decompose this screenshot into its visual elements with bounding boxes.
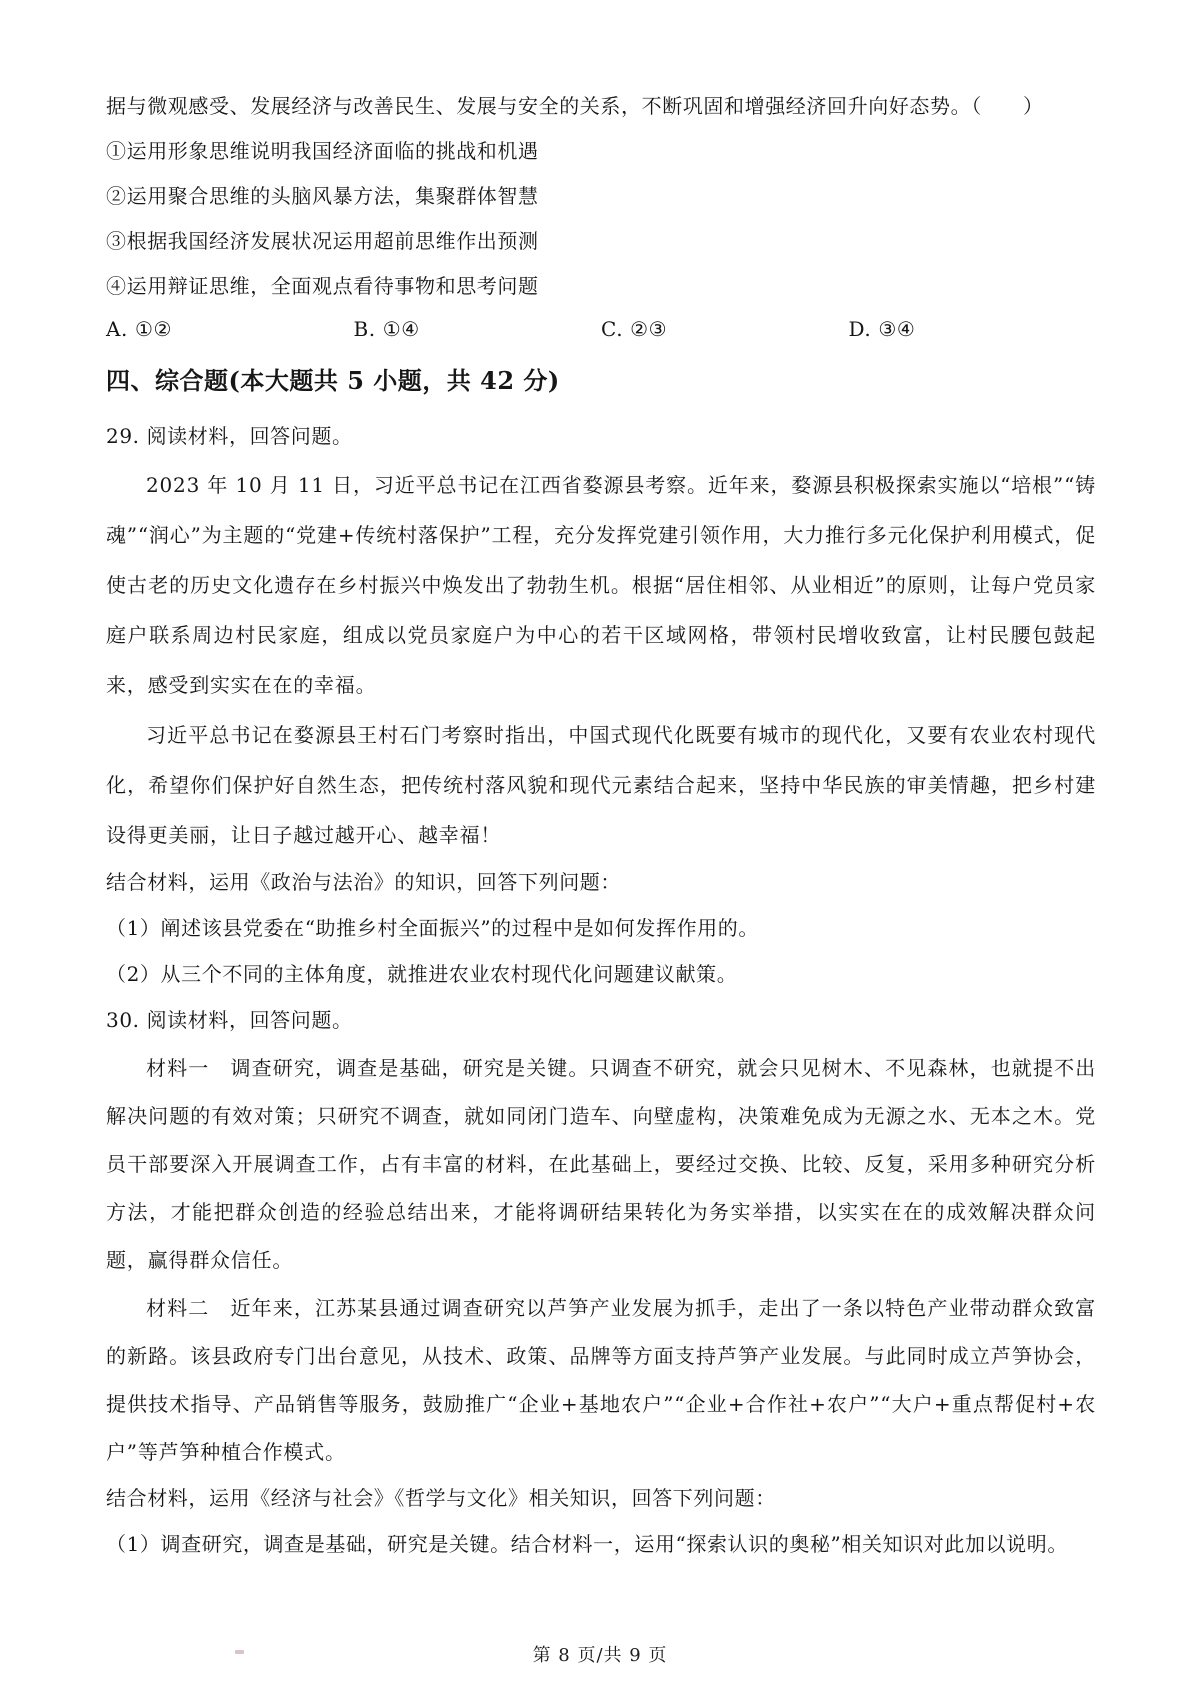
question-29-material-paragraph-1: 2023 年 10 月 11 日，习近平总书记在江西省婺源县考察。近年来，婺源县… xyxy=(106,460,1096,710)
option-a: A. ①② xyxy=(106,315,354,343)
section-heading: 四、综合题(本大题共 5 小题，共 42 分) xyxy=(106,364,1096,398)
option-c: C. ②③ xyxy=(601,315,849,343)
question-30-sub-question-1: （1）调查研究，调查是基础，研究是关键。结合材料一，运用“探索认识的奥秘”相关知… xyxy=(106,1530,1096,1558)
question-30-transition: 结合材料，运用《经济与社会》《哲学与文化》相关知识，回答下列问题： xyxy=(106,1484,1096,1512)
statement-4: ④运用辩证思维，全面观点看待事物和思考问题 xyxy=(106,272,1096,300)
exam-document-page: 据与微观感受、发展经济与改善民生、发展与安全的关系，不断巩固和增强经济回升向好态… xyxy=(0,0,1200,1698)
option-b: B. ①④ xyxy=(354,315,602,343)
question-29-sub-question-2: （2）从三个不同的主体角度，就推进农业农村现代化问题建议献策。 xyxy=(106,960,1096,988)
question-30-lead: 30. 阅读材料，回答问题。 xyxy=(106,1006,1096,1034)
statement-3: ③根据我国经济发展状况运用超前思维作出预测 xyxy=(106,227,1096,255)
statement-1: ①运用形象思维说明我国经济面临的挑战和机遇 xyxy=(106,137,1096,165)
statement-2: ②运用聚合思维的头脑风暴方法，集聚群体智慧 xyxy=(106,182,1096,210)
question-29-lead: 29. 阅读材料，回答问题。 xyxy=(106,422,1096,450)
question-30-material-1: 材料一 调查研究，调查是基础，研究是关键。只调查不研究，就会只见树木、不见森林，… xyxy=(106,1044,1096,1284)
question-29-transition: 结合材料，运用《政治与法治》的知识，回答下列问题： xyxy=(106,868,1096,896)
options-row: A. ①② B. ①④ C. ②③ D. ③④ xyxy=(106,315,1096,343)
question-29-material-paragraph-2: 习近平总书记在婺源县王村石门考察时指出，中国式现代化既要有城市的现代化，又要有农… xyxy=(106,710,1096,860)
question-30-material-2: 材料二 近年来，江苏某县通过调查研究以芦笋产业发展为抓手，走出了一条以特色产业带… xyxy=(106,1284,1096,1476)
page-content: 据与微观感受、发展经济与改善民生、发展与安全的关系，不断巩固和增强经济回升向好态… xyxy=(106,92,1096,1558)
question-stem-continuation: 据与微观感受、发展经济与改善民生、发展与安全的关系，不断巩固和增强经济回升向好态… xyxy=(106,92,1096,120)
question-29-sub-question-1: （1）阐述该县党委在“助推乡村全面振兴”的过程中是如何发挥作用的。 xyxy=(106,914,1096,942)
page-number-indicator: 第 8 页/共 9 页 xyxy=(0,1641,1200,1667)
option-d: D. ③④ xyxy=(849,315,1097,343)
